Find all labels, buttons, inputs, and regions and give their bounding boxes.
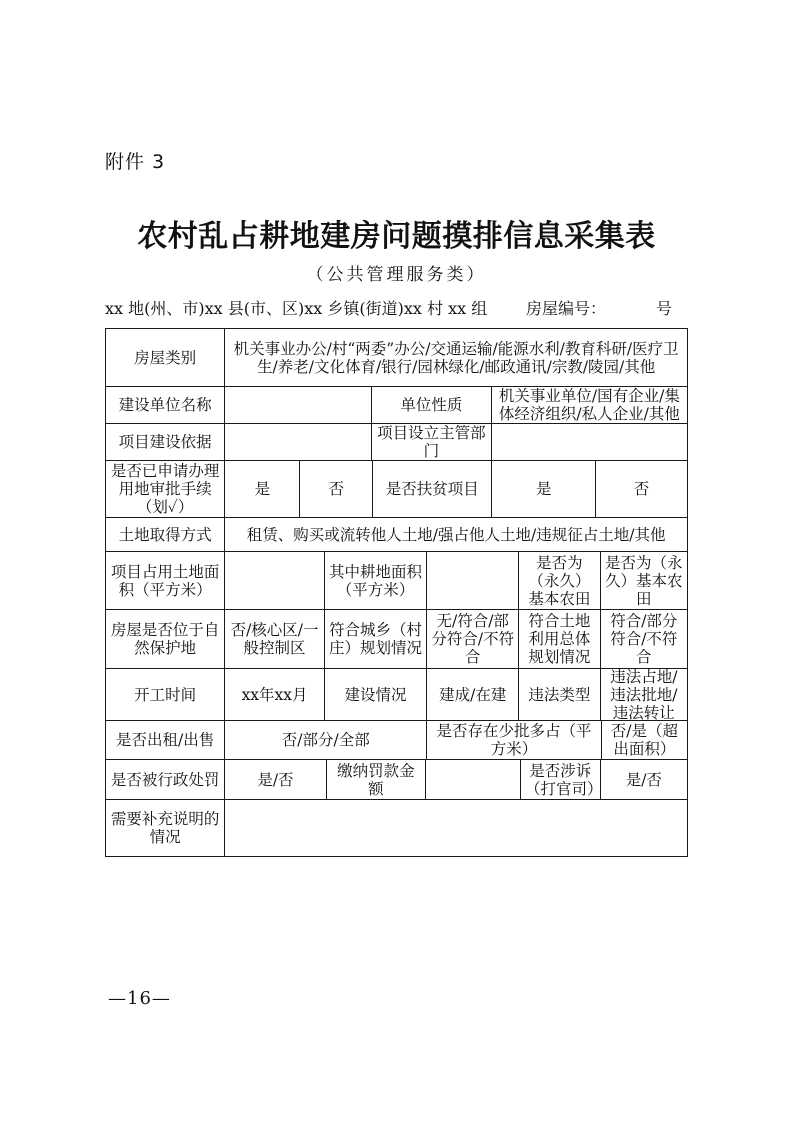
blank-cell [492,424,688,461]
blank-cell [225,424,372,461]
house-number-label: 房屋编号： [526,299,606,319]
table-cell: 机关事业单位/国有企业/集体经济组织/私人企业/其他 [492,387,688,424]
table-cell: 项目建设依据 [106,424,225,461]
table-row: 需要补充说明的情况 [106,800,688,857]
table-row: 是否已申请办理用地审批手续（划✓） 是 否 是否扶贫项目 是 否 [106,461,688,518]
table-cell: 符合/部分符合/不符合 [601,610,688,669]
table-row: 建设单位名称 单位性质 机关事业单位/国有企业/集体经济组织/私人企业/其他 [106,387,688,424]
table-cell: 无/符合/部分符合/不符合 [427,610,519,669]
table-cell: 否/核心区/一般控制区 [225,610,325,669]
blank-cell [225,552,325,610]
table-cell: 是否存在少批多占（平方米） [427,721,602,760]
table-cell: 机关事业办公/村“两委”办公/交通运输/能源水利/教育科研/医疗卫生/养老/文化… [225,329,688,387]
page-subtitle: （公共管理服务类） [0,260,793,285]
table-cell: 符合土地利用总体规划情况 [519,610,600,669]
blank-cell [225,800,688,857]
blank-cell [427,552,519,610]
table-cell: 是否扶贫项目 [373,461,492,518]
table-row: 项目占用土地面积（平方米） 其中耕地面积（平方米） 是否为（永久）基本农田 是否… [106,552,688,610]
table-cell: 土地取得方式 [106,518,225,552]
table-cell: 是否被行政处罚 [106,760,225,800]
table-cell: 是 [225,461,300,518]
table-cell: 缴纳罚款金额 [327,760,427,800]
blank-cell [225,387,372,424]
table-cell: 单位性质 [372,387,492,424]
meta-line: xx 地(州、市)xx 县(市、区)xx 乡镇(街道)xx 村 xx 组 房屋编… [105,299,688,319]
table-cell: 项目占用土地面积（平方米） [106,552,225,610]
table-row: 房屋类别 机关事业办公/村“两委”办公/交通运输/能源水利/教育科研/医疗卫生/… [106,329,688,387]
table-cell: 否/部分/全部 [225,721,427,760]
table-cell: 是/否 [601,760,688,800]
table-cell: 是否涉诉（打官司） [521,760,601,800]
table-cell: 是/否 [225,760,326,800]
table-cell: 是否为（永久）基本农田 [519,552,600,610]
table-row: 是否被行政处罚 是/否 缴纳罚款金额 是否涉诉（打官司） 是/否 [106,760,688,800]
table-cell: 租赁、购买或流转他人土地/强占他人土地/违规征占土地/其他 [225,518,688,552]
page-title: 农村乱占耕地建房问题摸排信息采集表 [0,211,793,255]
table-cell: 是否为（永久）基本农田 [601,552,688,610]
table-cell: 违法占地/违法批地/违法转让 [601,669,688,721]
location-line: xx 地(州、市)xx 县(市、区)xx 乡镇(街道)xx 村 xx 组 [105,299,487,319]
table-row: 土地取得方式 租赁、购买或流转他人土地/强占他人土地/违规征占土地/其他 [106,518,688,552]
document-page: 附件 3 农村乱占耕地建房问题摸排信息采集表 （公共管理服务类） xx 地(州、… [0,0,793,1122]
blank-cell [426,760,521,800]
table-cell: 是否出租/出售 [106,721,225,760]
table-cell: 否/是（超出面积） [602,721,688,760]
house-number-area: 房屋编号： 号 [526,299,688,319]
table-row: 开工时间 xx年xx月 建设情况 建成/在建 违法类型 违法占地/违法批地/违法… [106,669,688,721]
attachment-label: 附件 3 [105,147,165,174]
form-table: 房屋类别 机关事业办公/村“两委”办公/交通运输/能源水利/教育科研/医疗卫生/… [105,328,688,857]
table-cell: 违法类型 [519,669,600,721]
table-cell: 房屋类别 [106,329,225,387]
table-cell: 是 [492,461,596,518]
table-cell: 项目设立主管部门 [372,424,492,461]
table-cell: 建成/在建 [427,669,519,721]
table-cell: 否 [596,461,688,518]
table-cell: 建设单位名称 [106,387,225,424]
table-cell: 建设情况 [325,669,427,721]
house-number-unit: 号 [656,299,672,319]
table-cell: 开工时间 [106,669,225,721]
table-cell: 符合城乡（村庄）规划情况 [325,610,427,669]
table-cell: 是否已申请办理用地审批手续（划✓） [106,461,225,518]
table-row: 项目建设依据 项目设立主管部门 [106,424,688,461]
page-number: —16— [108,988,171,1009]
table-row: 是否出租/出售 否/部分/全部 是否存在少批多占（平方米） 否/是（超出面积） [106,721,688,760]
table-cell: xx年xx月 [225,669,325,721]
table-cell: 房屋是否位于自然保护地 [106,610,225,669]
table-cell: 其中耕地面积（平方米） [325,552,427,610]
table-row: 房屋是否位于自然保护地 否/核心区/一般控制区 符合城乡（村庄）规划情况 无/符… [106,610,688,669]
table-cell: 否 [300,461,373,518]
table-cell: 需要补充说明的情况 [106,800,225,857]
